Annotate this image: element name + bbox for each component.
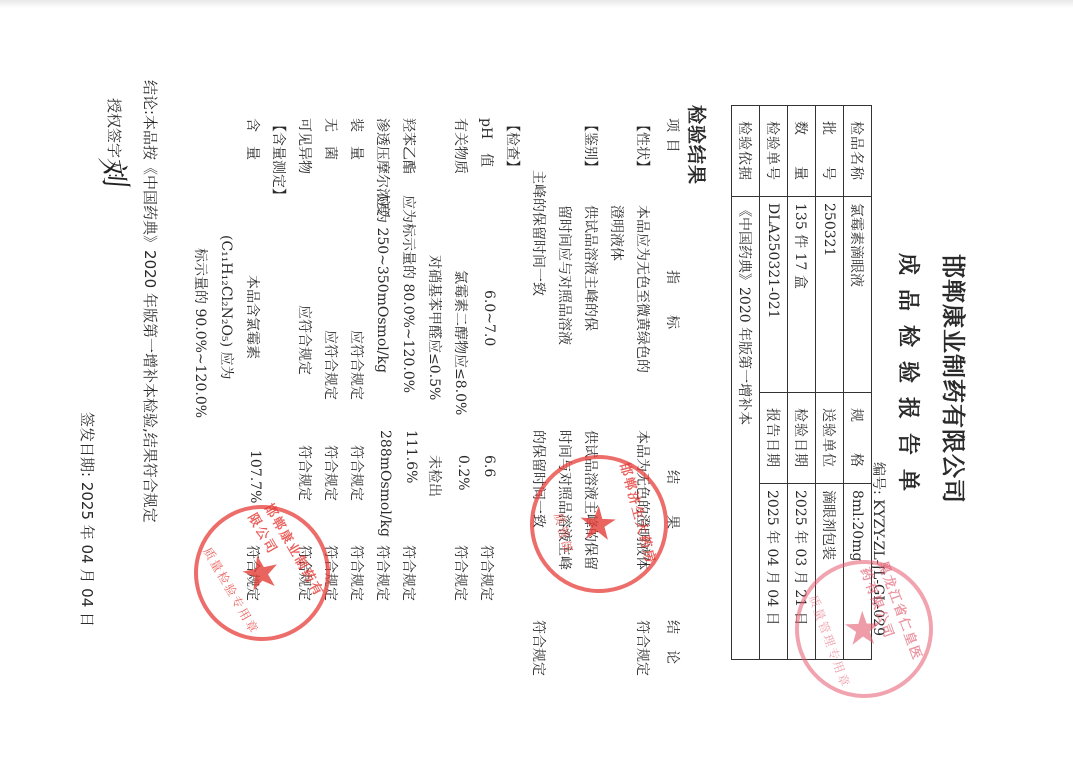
result-conclusion: 符合规定 xyxy=(399,545,419,601)
result-item: 含 量 xyxy=(243,118,263,160)
result-value: 符合规定 xyxy=(321,445,341,501)
result-value: 6.6 xyxy=(481,455,497,477)
result-item: 可见异物 xyxy=(295,118,315,174)
info-label: 规 格 xyxy=(844,393,872,484)
result-item: 无 菌 xyxy=(321,118,341,160)
inspection-report-page: 邯郸康业制药有限公司 成品检验报告单 编号: KYZY-ZL-JL-GL-029… xyxy=(0,0,1073,758)
result-spec: 氯霉素二醇物应≤8.0% xyxy=(451,270,471,415)
result-spec: 应为标示量的 80.0%~120.0% xyxy=(399,195,419,393)
company-name: 邯郸康业制药有限公司 xyxy=(938,0,973,758)
result-conclusion: 符合规定 xyxy=(451,545,471,601)
info-label: 检验依据 xyxy=(732,106,760,197)
result-value: 288mOsmol/kg xyxy=(377,430,393,537)
result-conclusion: 符合规定 xyxy=(477,545,497,601)
result-spec: 应符合规定 xyxy=(347,330,367,400)
result-spec: 主峰的保留时间一致 xyxy=(529,170,549,296)
result-conclusion: 符合规定 xyxy=(633,620,653,676)
result-spec: (C₁₁H₁₂Cl₂N₂O₅) 应为 xyxy=(217,235,237,380)
result-item: 羟苯乙酯 xyxy=(399,118,419,174)
issue-date: 签发日期: 2025 年 04 月 04 日 xyxy=(77,412,98,627)
info-label: 检验日期 xyxy=(788,393,816,484)
info-row: 检验单号 DLA250321-021 报告日期 2025 年 04 月 04 日 xyxy=(760,106,788,660)
info-label: 批 号 xyxy=(816,106,844,197)
info-label: 报告日期 xyxy=(760,393,788,484)
info-label: 送验单位 xyxy=(816,393,844,484)
result-spec: 供试品溶液主峰的保 xyxy=(581,205,601,331)
result-value: 111.6% xyxy=(403,430,419,483)
result-value: 符合规定 xyxy=(347,445,367,501)
column-header-conclusion: 结 论 xyxy=(663,620,683,665)
result-item: 装 量 xyxy=(347,118,367,160)
info-label: 检验单号 xyxy=(760,106,788,197)
result-conclusion: 符合规定 xyxy=(529,620,549,676)
stamp-manufacturer: 邯郸康业制药有限公司 ★ 质量检验专用章 xyxy=(169,480,355,666)
info-value: 2025 年 04 月 04 日 xyxy=(760,484,788,660)
result-value: 未检出 xyxy=(425,455,445,497)
results-section-title: 检验结果 xyxy=(684,105,711,185)
info-value: 135 件 17 盒 xyxy=(788,197,816,393)
result-spec: 留时间应与对照品溶液 xyxy=(555,205,575,345)
signature: 刘 xyxy=(92,151,141,188)
result-conclusion: 符合规定 xyxy=(347,545,367,601)
column-header-item: 项 目 xyxy=(663,118,683,153)
info-value: 氯霉素滴眼液 xyxy=(844,197,872,393)
result-spec: 本品应为无色至微黄绿色的 xyxy=(633,205,653,373)
result-spec: 本品含氯霉素 xyxy=(243,275,263,359)
info-value: 《中国药典》2020 年版第一增补本 xyxy=(732,197,760,660)
result-item: 【鉴别】 xyxy=(581,118,601,174)
result-item: 【含量测定】 xyxy=(269,118,289,202)
result-spec: 标示量的 90.0%~120.0% xyxy=(191,248,211,418)
result-item: 【性状】 xyxy=(633,118,653,174)
result-value: 符合规定 xyxy=(295,445,315,501)
result-spec: 应符合规定 xyxy=(295,305,315,375)
result-spec: 澄明液体 xyxy=(607,205,627,261)
result-spec: 6.0~7.0 xyxy=(481,290,497,346)
info-row: 检验依据 《中国药典》2020 年版第一增补本 xyxy=(732,106,760,660)
result-value: 107.7% xyxy=(247,450,263,503)
final-conclusion: 结论:本品按《中国药典》2020 年版第一增补本检验,结果符合规定 xyxy=(140,80,161,523)
result-item: 有关物质 xyxy=(451,118,471,174)
result-value: 0.2% xyxy=(455,455,471,491)
info-label: 数 量 xyxy=(788,106,816,197)
report-code-label: 编号: xyxy=(870,462,886,495)
result-item: pH 值 xyxy=(477,118,497,167)
result-spec: 应为 250~350mOsmol/kg xyxy=(373,195,393,373)
result-spec: 对硝基苯甲醛应≤0.5% xyxy=(425,255,445,400)
result-spec: 应符合规定 xyxy=(321,330,341,400)
info-row: 数 量 135 件 17 盒 检验日期 2025 年 03 月 21 日 xyxy=(788,106,816,660)
info-value: 250321 xyxy=(816,197,844,393)
result-item: 【检查】 xyxy=(503,118,523,174)
info-value: DLA250321-021 xyxy=(760,197,788,393)
column-header-spec: 指 标 xyxy=(663,270,683,330)
result-conclusion: 符合规定 xyxy=(373,545,393,601)
info-label: 检品名称 xyxy=(844,106,872,197)
